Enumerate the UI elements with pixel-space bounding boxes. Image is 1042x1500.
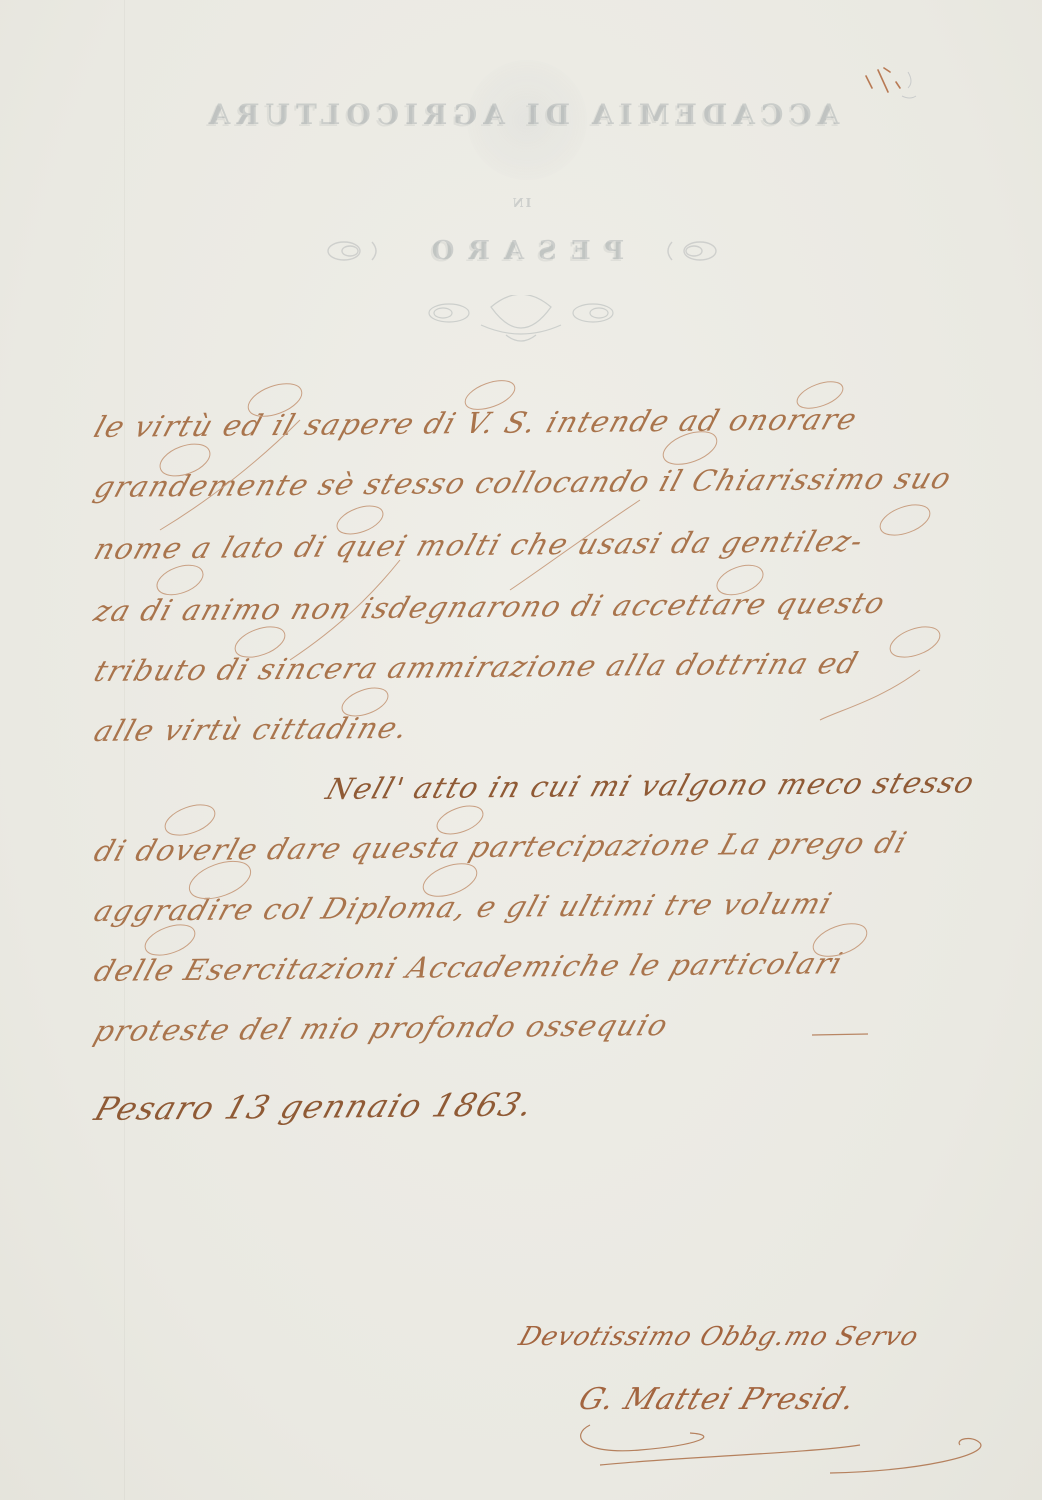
- signature: G. Mattei Presid.: [574, 1382, 860, 1417]
- body-line-4: za di animo non isdegnarono di accettare…: [90, 586, 890, 628]
- body-line-8: di doverle dare questa partecipazione La…: [90, 826, 912, 868]
- letter-body: le virtù ed il sapere di V. S. intende a…: [0, 0, 1042, 1500]
- date-line: Pesaro 13 gennaio 1863.: [90, 1085, 539, 1128]
- valediction: Devotissimo Obbg.mo Servo: [515, 1322, 923, 1352]
- body-line-5: tributo di sincera ammirazione alla dott…: [90, 646, 863, 688]
- line-filler-dash-icon: [810, 1030, 870, 1040]
- body-line-1: le virtù ed il sapere di V. S. intende a…: [90, 402, 862, 444]
- body-line-7: Nell' atto in cui mi valgono meco stesso: [322, 765, 980, 806]
- body-line-9: aggradire col Diploma, e gli ultimi tre …: [90, 886, 837, 928]
- body-line-6: alle virtù cittadine.: [90, 711, 414, 748]
- body-line-3: nome a lato di quei molti che usasi da g…: [90, 524, 868, 566]
- body-line-2: grandemente sè stesso collocando il Chia…: [90, 461, 957, 504]
- body-line-11: proteste del mio profondo ossequio: [90, 1008, 673, 1048]
- body-line-10: delle Esercitazioni Accademiche le parti…: [90, 946, 848, 988]
